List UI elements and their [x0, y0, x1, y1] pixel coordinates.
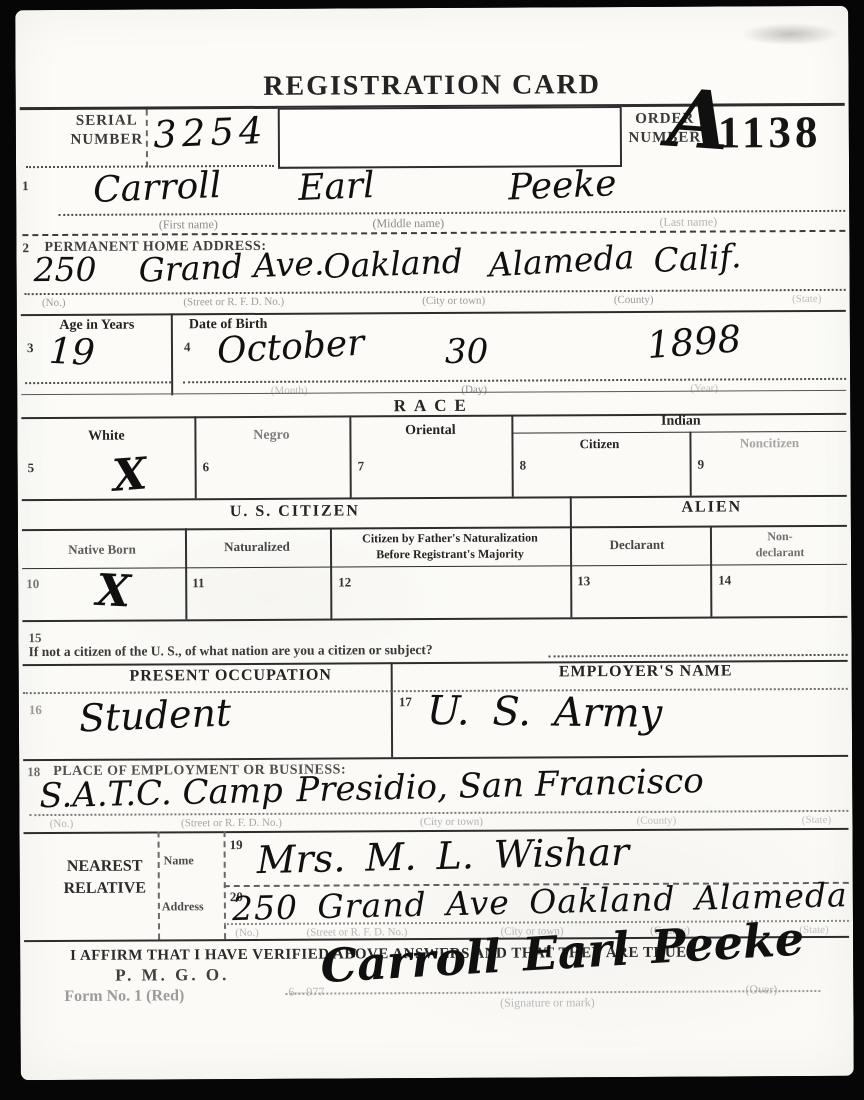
race-indian-citizen-number: 8 [520, 458, 527, 474]
father-naturalization-number: 12 [338, 574, 351, 590]
registration-card: REGISTRATION CARD SERIAL NUMBER 3254 ORD… [15, 6, 854, 1080]
us-citizen-header: U. S. CITIZEN [125, 502, 465, 522]
divider [349, 415, 351, 497]
race-oriental-label: Oriental [365, 423, 495, 440]
line-number-4: 4 [184, 339, 191, 355]
middle-name-label: (Middle name) [338, 216, 478, 232]
divider [21, 310, 846, 316]
alien-header: ALIEN [632, 498, 792, 517]
line-number-1: 1 [22, 178, 29, 194]
last-name-value: Peeke [507, 163, 617, 208]
race-negro-label: Negro [206, 428, 336, 445]
employment-place2-value: Presidio, San Francisco [296, 761, 704, 810]
father-naturalization-line1: Citizen by Father's Naturalization [335, 530, 565, 547]
home-street-value: Grand Ave. [138, 243, 325, 289]
race-white-number: 5 [28, 460, 35, 476]
nation-question: If not a citizen of the U. S., of what n… [29, 642, 433, 660]
pmgo-label: P. M. G. O. [115, 965, 229, 986]
declarant-number: 13 [577, 573, 590, 589]
employer-value: U. S. Army [427, 688, 663, 737]
divider [549, 654, 848, 658]
declarant-label: Declarant [572, 537, 702, 554]
race-negro-number: 6 [203, 459, 210, 475]
age-header: Age in Years [23, 317, 171, 334]
home-county-value: Alameda [488, 237, 636, 284]
first-name-value: Carroll [92, 165, 222, 211]
over-label: (Over) [745, 982, 777, 997]
nearest-relative-line2: RELATIVE [50, 878, 160, 901]
non-declarant-label: Non- declarant [715, 529, 845, 561]
employment-county-label: (County) [596, 815, 716, 828]
first-name-label: (First name) [118, 217, 258, 233]
race-oriental-number: 7 [358, 458, 365, 474]
nearest-relative-line1: NEAREST [50, 855, 160, 878]
birth-year-value: 1898 [645, 317, 742, 367]
home-street-label: (Street or R. F. D. No.) [149, 296, 319, 309]
divider [710, 526, 712, 617]
naturalized-number: 11 [192, 575, 204, 591]
naturalized-label: Naturalized [187, 539, 327, 556]
race-white-mark: X [111, 448, 149, 501]
employment-state-label: (State) [776, 814, 856, 826]
non-declarant-line1: Non- [715, 529, 845, 545]
father-naturalization-label: Citizen by Father's Naturalization Befor… [335, 530, 565, 562]
employment-street-label: (Street or R. F. D. No.) [146, 817, 316, 830]
birth-month-label: (Month) [229, 384, 349, 397]
divider [391, 662, 393, 757]
line-number-3: 3 [27, 340, 34, 356]
employment-city-label: (City or town) [381, 816, 521, 829]
native-born-number: 10 [26, 576, 39, 592]
blank-box [278, 106, 622, 169]
form-number-label: Form No. 1 (Red) [64, 987, 184, 1006]
non-declarant-number: 14 [718, 572, 731, 588]
birth-year-label: (Year) [654, 382, 754, 395]
race-indian-noncitizen-number: 9 [698, 457, 705, 473]
home-county-label: (County) [569, 294, 699, 307]
line-number-17: 17 [399, 694, 412, 710]
native-born-mark: X [95, 565, 132, 618]
occupation-value: Student [78, 690, 232, 740]
home-city-value: Oakland [323, 241, 464, 286]
scanned-document: REGISTRATION CARD SERIAL NUMBER 3254 ORD… [0, 0, 864, 1100]
employment-no-label: (No.) [26, 818, 96, 830]
line-number-2: 2 [22, 240, 29, 256]
line-number-19: 19 [230, 837, 243, 853]
divider [25, 381, 171, 384]
serial-number-value: 3254 [147, 109, 274, 157]
non-declarant-line2: declarant [715, 544, 845, 560]
divider [511, 431, 846, 434]
birth-month-value: October [216, 323, 365, 372]
divider [689, 432, 691, 496]
birth-day-label: (Day) [424, 384, 524, 397]
nearest-relative-label: NEAREST RELATIVE [50, 855, 160, 900]
relative-name-label: Name [164, 853, 194, 868]
home-state-label: (State) [762, 293, 852, 305]
middle-name-value: Earl [297, 165, 375, 209]
father-naturalization-line2: Before Registrant's Majority [335, 546, 565, 563]
signature-label: (Signature or mark) [447, 995, 647, 1011]
relative-address-label: Address [162, 899, 204, 914]
divider [570, 496, 573, 617]
race-indian-label: Indian [513, 413, 848, 431]
race-indian-citizen-label: Citizen [529, 436, 669, 453]
divider [330, 528, 332, 619]
employment-place-value: S.A.T.C. Camp [39, 771, 283, 817]
relative-name-value: Mrs. M. L. Wishar [256, 830, 629, 882]
divider [194, 416, 196, 498]
home-no-label: (No.) [19, 297, 89, 309]
last-name-label: (Last name) [618, 214, 758, 230]
divider [158, 831, 161, 939]
native-born-label: Native Born [32, 541, 172, 558]
home-city-label: (City or town) [384, 295, 524, 308]
race-indian-noncitizen-label: Noncitizen [699, 435, 839, 452]
birth-day-value: 30 [445, 332, 488, 372]
race-white-label: White [41, 428, 171, 445]
age-value: 19 [48, 331, 96, 374]
order-number-value: 1138 [718, 106, 822, 159]
line-number-16: 16 [29, 702, 42, 718]
home-state-value: Calif. [652, 236, 742, 280]
divider [23, 755, 848, 761]
home-no-value: 250 [33, 250, 96, 289]
employer-header: EMPLOYER'S NAME [496, 662, 796, 682]
occupation-header: PRESENT OCCUPATION [81, 666, 381, 686]
divider [22, 616, 847, 622]
divider [22, 564, 847, 569]
